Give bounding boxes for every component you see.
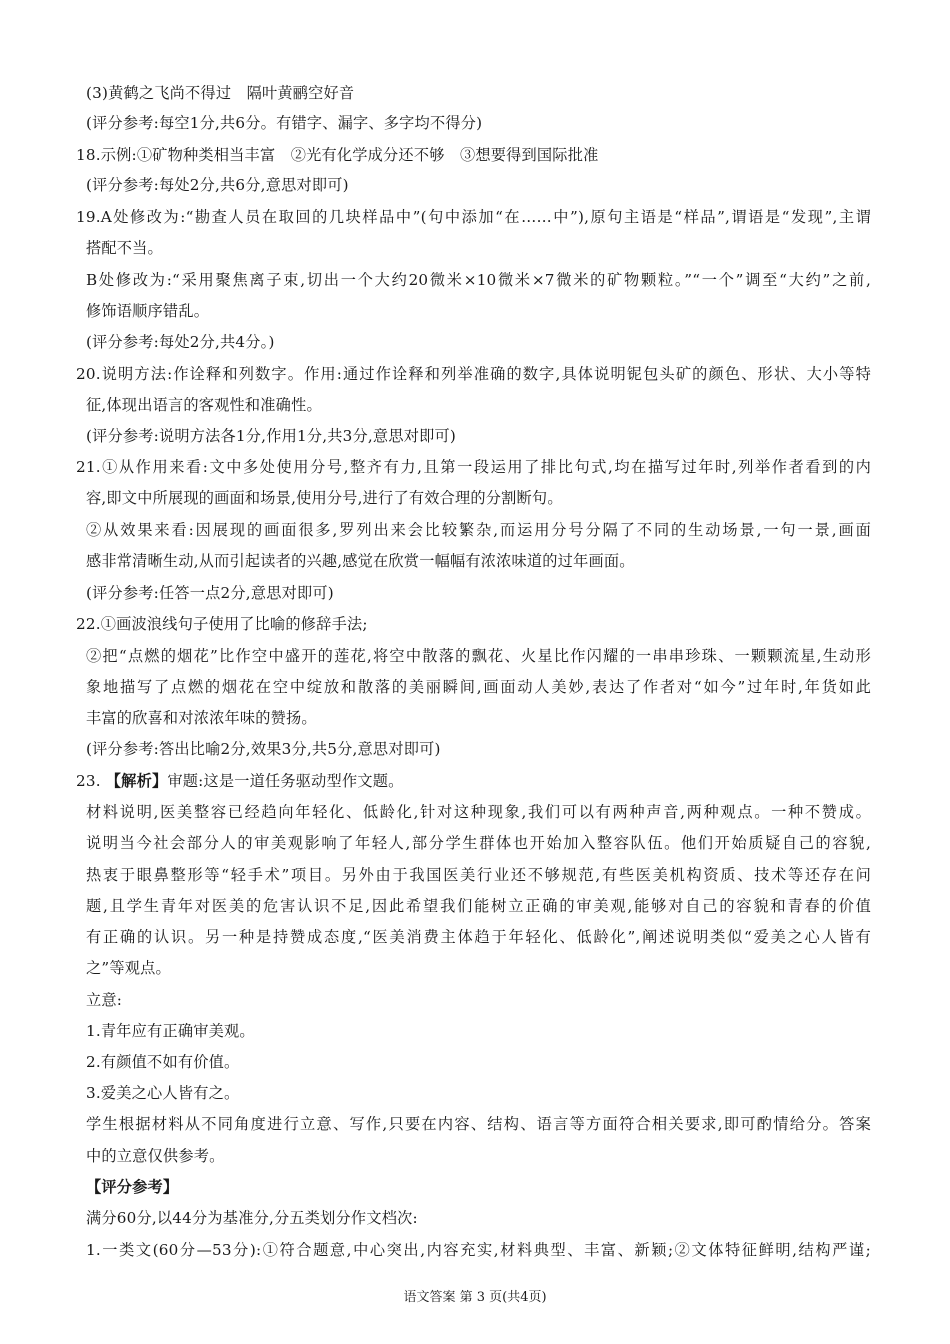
- answer-19-a-cont: 搭配不当。: [86, 238, 163, 258]
- theme-item-1: 1.青年应有正确审美观。: [86, 1021, 255, 1041]
- answer-21-1-cont: 容,即文中所展现的画面和场景,使用分号,进行了有效合理的分割断句。: [86, 488, 563, 508]
- scoring-note-21: (评分参考:任答一点2分,意思对即可): [86, 583, 334, 603]
- analysis-para-4: 题,且学生青年对医美的危害认识不足,因此希望我们能树立正确的审美观,能够对自己的…: [86, 896, 871, 916]
- answer-21-2-cont: 感非常清晰生动,从而引起读者的兴趣,感觉在欣赏一幅幅有浓浓味道的过年画面。: [86, 551, 635, 571]
- answer-22-2-end: 丰富的欣喜和对浓浓年味的赞扬。: [86, 708, 317, 728]
- analysis-para-6: 之”等观点。: [86, 958, 171, 978]
- analysis-para-2: 说明当今社会部分人的审美观影响了年轻人,部分学生群体也开始加入整容队伍。他们开始…: [86, 833, 871, 853]
- answer-19-b: B处修改为:“采用聚焦离子束,切出一个大约20微米×10微米×7微米的矿物颗粒。…: [86, 270, 871, 290]
- analysis-label: 【解析】: [106, 772, 168, 790]
- analysis-para-3: 热衷于眼鼻整形等“轻手术”项目。另外由于我国医美行业还不够规范,有些医美机构资质…: [86, 865, 871, 885]
- answer-21-1: 21.①从作用来看:文中多处使用分号,整齐有力,且第一段运用了排比句式,均在描写…: [76, 457, 871, 477]
- scoring-note-22: (评分参考:答出比喻2分,效果3分,共5分,意思对即可): [86, 739, 441, 759]
- theme-item-2: 2.有颜值不如有价值。: [86, 1052, 239, 1072]
- grading-instruction: 学生根据材料从不同角度进行立意、写作,只要在内容、结构、语言等方面符合相关要求,…: [86, 1114, 871, 1134]
- answer-19-b-cont: 修饰语顺序错乱。: [86, 301, 209, 321]
- answer-19-a: 19.A处修改为:“勘查人员在取回的几块样品中”(句中添加“在……中”),原句主…: [76, 207, 871, 227]
- answer-22-2: ②把“点燃的烟花”比作空中盛开的莲花,将空中散落的飘花、火星比作闪耀的一串串珍珠…: [86, 646, 871, 666]
- answer-23-heading: 23. 【解析】审题:这是一道任务驱动型作文题。: [76, 771, 404, 791]
- scoring-note-19: (评分参考:每处2分,共4分。): [86, 332, 275, 352]
- scoring-note-20: (评分参考:说明方法各1分,作用1分,共3分,意思对即可): [86, 426, 456, 446]
- question-number: 23.: [76, 772, 101, 790]
- analysis-para-5: 有正确的认识。另一种是持赞成态度,“医美消费主体趋于年轻化、低龄化”,阐述说明类…: [86, 927, 871, 947]
- analysis-para-1: 材料说明,医美整容已经趋向年轻化、低龄化,针对这种现象,我们可以有两种声音,两种…: [86, 802, 871, 822]
- theme-item-3: 3.爱美之心人皆有之。: [86, 1083, 239, 1103]
- scoring-note-18: (评分参考:每处2分,共6分,意思对即可): [86, 175, 349, 195]
- analysis-intro: 审题:这是一道任务驱动型作文题。: [167, 772, 403, 790]
- answer-20-cont: 征,体现出语言的客观性和准确性。: [86, 395, 322, 415]
- grading-instruction-cont: 中的立意仅供参考。: [86, 1146, 225, 1166]
- scoring-note-17: (评分参考:每空1分,共6分。有错字、漏字、多字均不得分): [86, 113, 482, 133]
- answer-20: 20.说明方法:作诠释和列数字。作用:通过作诠释和列举准确的数字,具体说明铌包头…: [76, 364, 871, 384]
- grade-level-1: 1.一类文(60分—53分):①符合题意,中心突出,内容充实,材料典型、丰富、新…: [86, 1240, 871, 1260]
- answer-21-2: ②从效果来看:因展现的画面很多,罗列出来会比较繁杂,而运用分号分隔了不同的生动场…: [86, 520, 871, 540]
- page-footer: 语文答案 第 3 页(共4页): [0, 1286, 950, 1305]
- theme-heading: 立意:: [86, 990, 122, 1010]
- scoring-reference-heading: 【评分参考】: [86, 1177, 178, 1197]
- answer-22-1: 22.①画波浪线句子使用了比喻的修辞手法;: [76, 614, 368, 634]
- answer-18: 18.示例:①矿物种类相当丰富 ②光有化学成分还不够 ③想要得到国际批准: [76, 145, 598, 165]
- answer-22-2-cont: 象地描写了点燃的烟花在空中绽放和散落的美丽瞬间,画面动人美妙,表达了作者对“如今…: [86, 677, 871, 697]
- full-score-note: 满分60分,以44分为基准分,分五类划分作文档次:: [86, 1208, 418, 1228]
- answer-17-3: (3)黄鹤之飞尚不得过 隔叶黄鹂空好音: [86, 83, 354, 103]
